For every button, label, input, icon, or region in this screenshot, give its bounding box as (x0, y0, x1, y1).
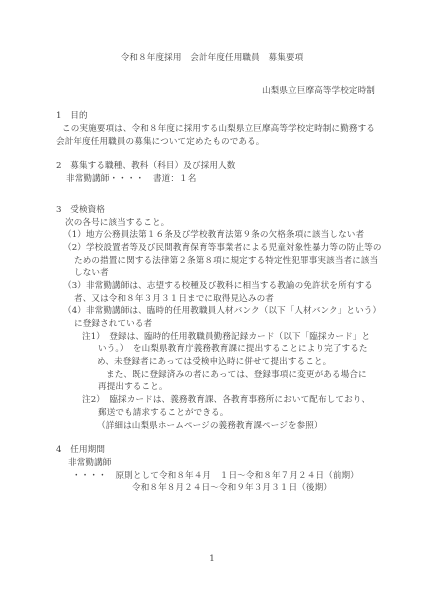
section3-note1-line2: いう。） を山梨県教育庁義務教育課に提出することにより完了するた (0, 343, 424, 356)
document-page: 令和８年度採用 会計年度任用職員 募集要項 山梨県立巨摩高等学校定時制 1 目的… (0, 0, 424, 600)
section3-item4-line1: （4）非常勤講師は、臨時的任用教職員人材バンク（以下「人材バンク」という） (0, 305, 424, 318)
spacer (0, 148, 424, 160)
section3-item3-line2: 者、又は令和８年３月３１日までに取得見込みの者 (0, 293, 424, 306)
section2-line1: 非常勤講師・・・・ 書道：１名 (0, 173, 424, 186)
school-name: 山梨県立巨摩高等学校定時制 (0, 85, 424, 98)
section3-note2-line1: 注2） 臨採カードは、義務教育課、各教育事務所において配布しており、 (0, 394, 424, 407)
doc-title: 令和８年度採用 会計年度任用職員 募集要項 (0, 52, 424, 65)
section4-line2: ・・・・ 原則として令和８年４月 １日～令和８年７月２４日（前期） (0, 470, 424, 483)
section3-note1-line4: また、既に登録済みの者にあっては、登録事項に変更がある場合に (0, 369, 424, 382)
section3-item2-line1: （2）学校設置者等及び民間教育保育等事業者による児童対象性暴力等の防止等の (0, 242, 424, 255)
section1-body-line2: 会計年度任用職員の募集について定めたものである。 (0, 136, 424, 149)
section2-heading: 2 募集する職種、教科（科目）及び採用人数 (0, 160, 424, 173)
section3-heading: 3 受検資格 (0, 204, 424, 217)
spacer (0, 97, 424, 110)
page-number: 1 (0, 553, 424, 566)
section4-line3: 令和８年８月２４日～令和９年３月３１日（後期） (0, 482, 424, 495)
section3-note1-line1: 注1） 登録は、臨時的任用教職員勤務記録カード（以下「臨採カード」と (0, 331, 424, 344)
section4-line1: 非常勤講師 (0, 457, 424, 470)
section3-note2-line2: 郵送でも請求することができる。 (0, 407, 424, 420)
section3-note1-line3: め、未登録者にあっては受検申込時に併せて提出すること。 (0, 356, 424, 369)
section3-item4-line2: に登録されている者 (0, 318, 424, 331)
section3-item1: （1）地方公務員法第１６条及び学校教育法第９条の欠格条項に該当しない者 (0, 229, 424, 242)
section3-note2-line3: （詳細は山梨県ホームページの義務教育課ページを参照） (0, 420, 424, 433)
spacer (0, 65, 424, 85)
section1-heading: 1 目的 (0, 110, 424, 123)
section1-body-line1: この実施要項は、令和８年度に採用する山梨県立巨摩高等学校定時制に勤務する (0, 123, 424, 136)
section3-note1-line5: 再提出すること。 (0, 381, 424, 394)
spacer (0, 186, 424, 204)
section4-heading: 4 任用期間 (0, 444, 424, 457)
spacer (0, 432, 424, 444)
section3-item2-line3: しない者 (0, 267, 424, 280)
section3-intro: 次の各号に該当すること。 (0, 217, 424, 230)
section3-item2-line2: ための措置に関する法律第２条第８項に規定する特定性犯罪事実該当者に該当 (0, 255, 424, 268)
section3-item3-line1: （3）非常勤講師は、志望する校種及び教科に相当する教諭の免許状を所有する (0, 280, 424, 293)
